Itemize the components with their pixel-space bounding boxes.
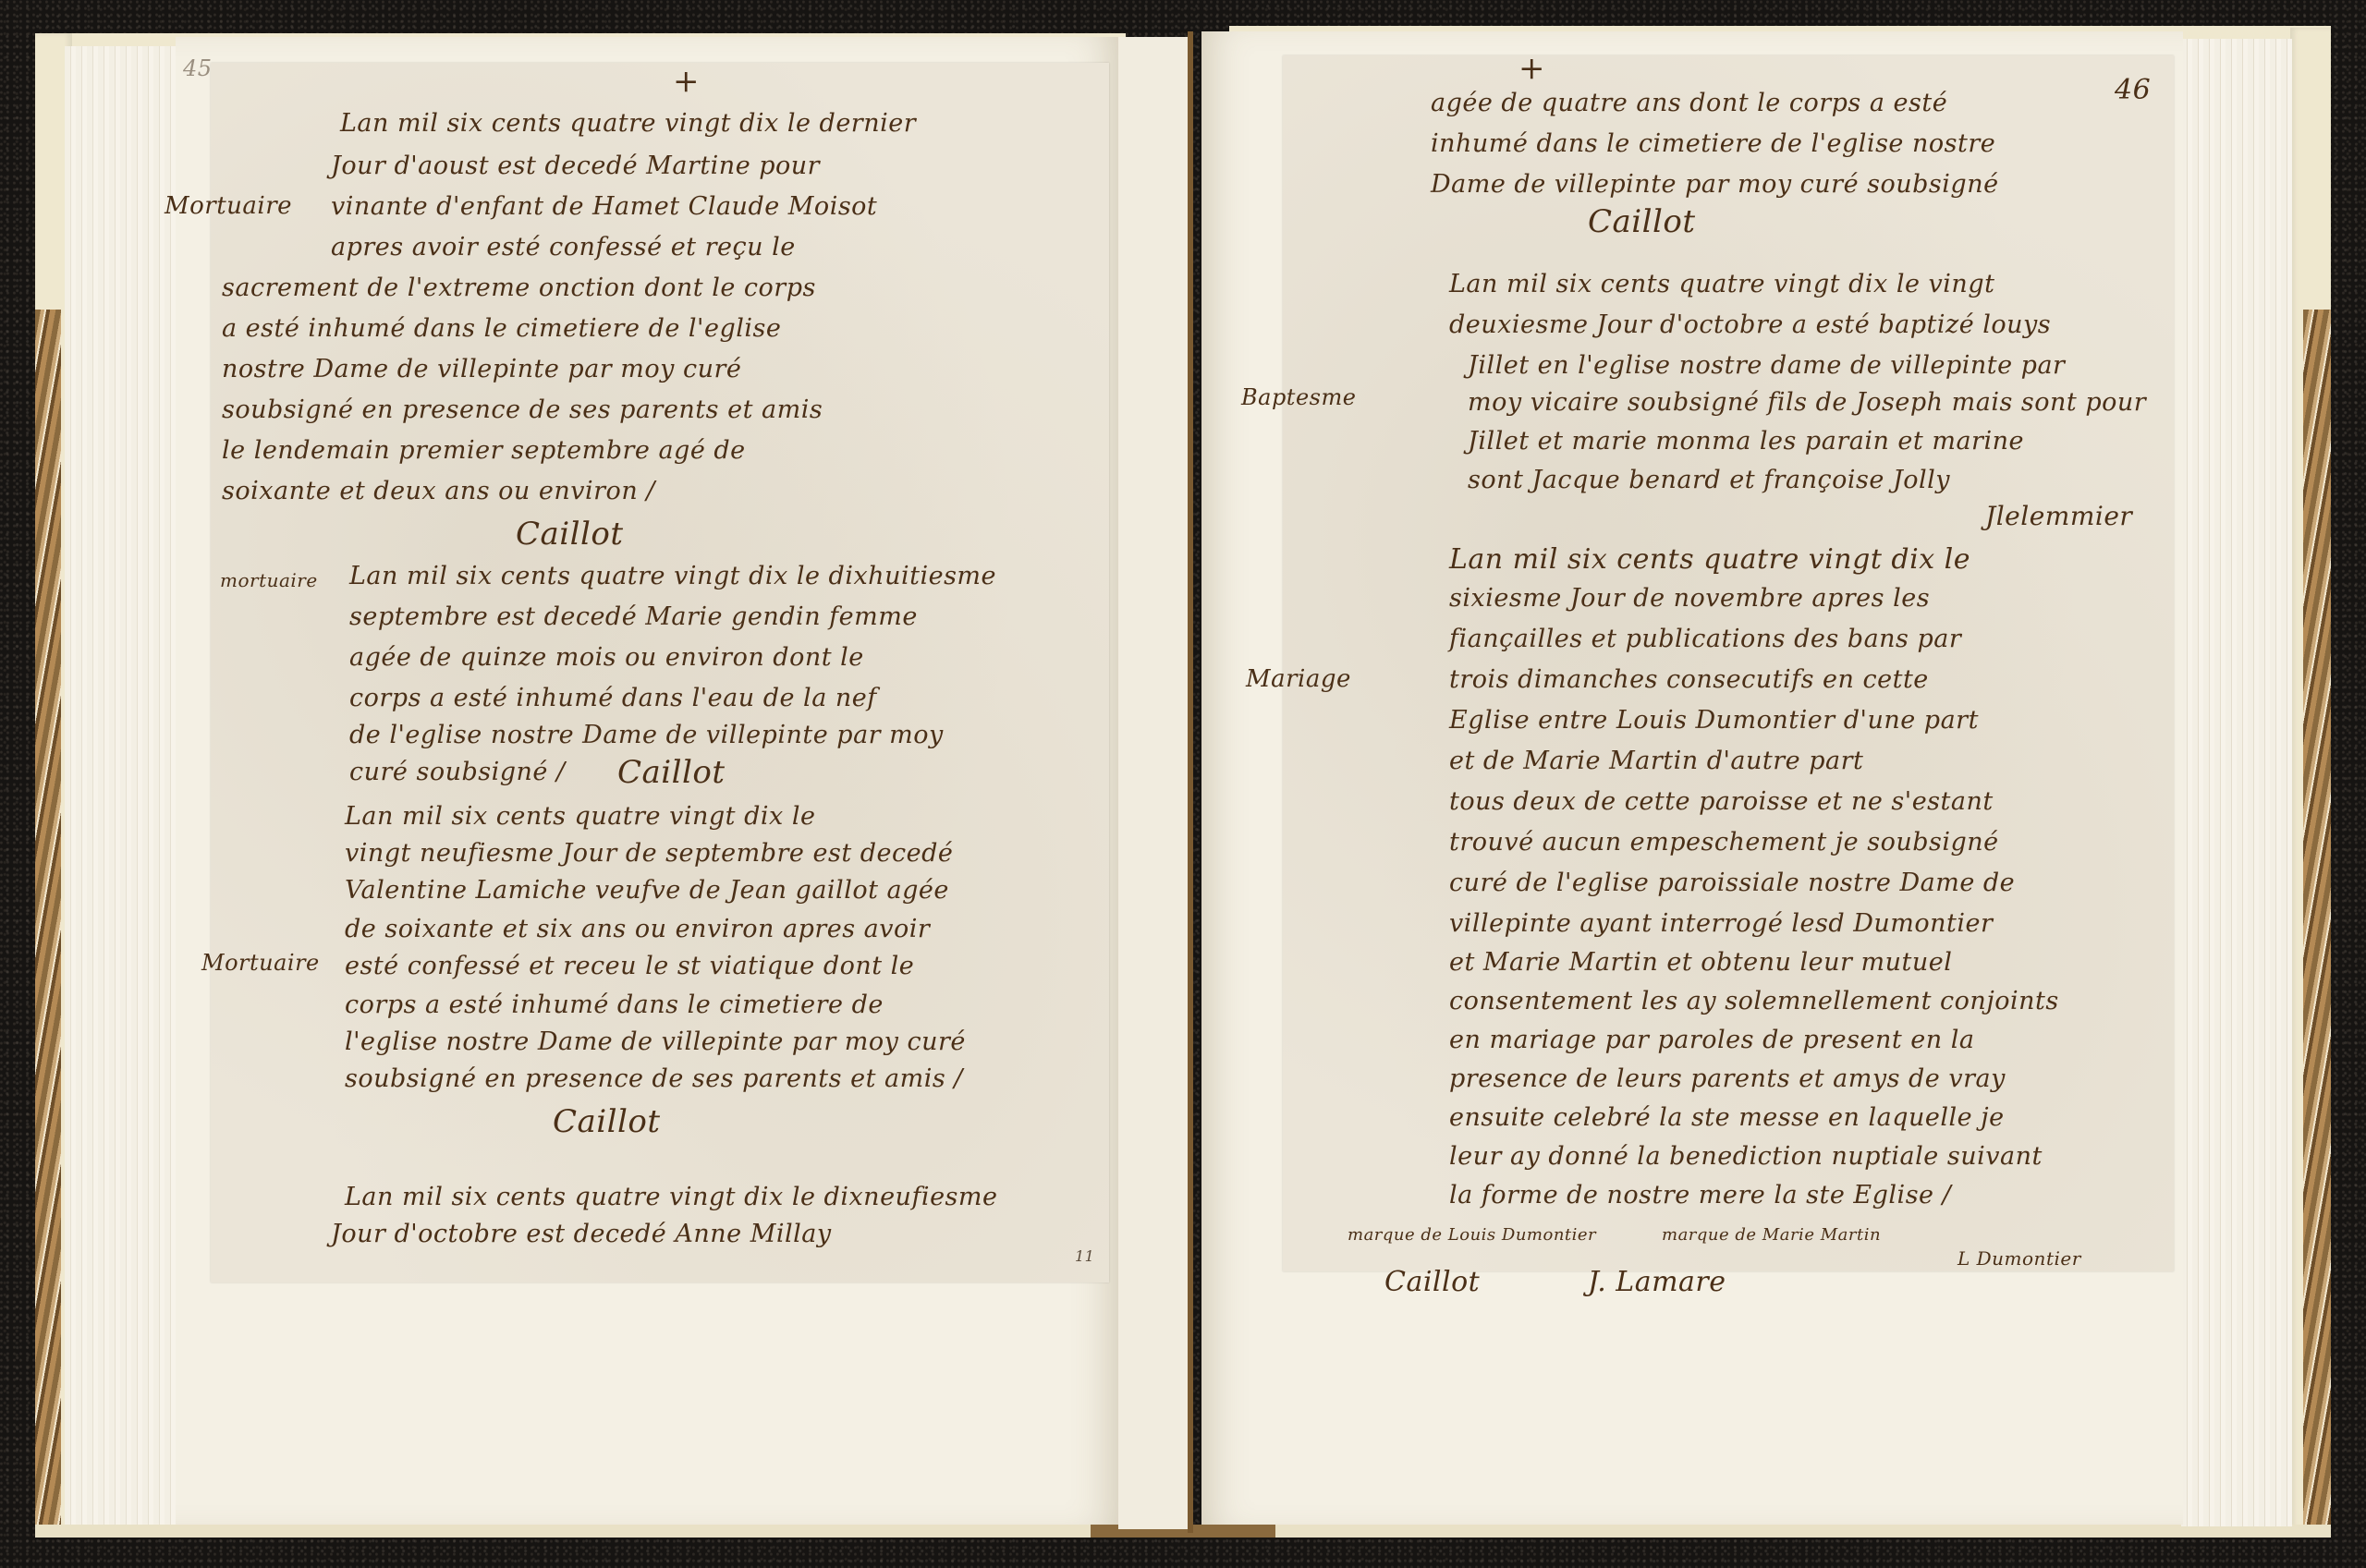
signature: L Dumontier	[1957, 1247, 2081, 1270]
entry-line: leur ay donné la benediction nuptiale su…	[1449, 1142, 2043, 1171]
entry-line: sacrement de l'extreme onction dont le c…	[222, 273, 816, 302]
entry-line: sixiesme Jour de novembre apres les	[1449, 584, 1930, 613]
entry-line: deuxiesme Jour d'octobre a esté baptizé …	[1449, 310, 2051, 339]
entry-line: sont Jacque benard et françoise Jolly	[1468, 466, 1950, 494]
entry-line: soixante et deux ans ou environ /	[222, 477, 655, 505]
entry-line: apres avoir esté confessé et reçu le	[331, 233, 796, 261]
cross-mark: +	[1518, 50, 1545, 87]
marbled-endpaper-left	[35, 310, 61, 1534]
entry-line: Lan mil six cents quatre vingt dix le	[1449, 543, 1970, 576]
margin-note: Mortuaire	[165, 192, 292, 220]
entry-line: Dame de villepinte par moy curé soubsign…	[1431, 170, 1999, 199]
signature-mark: marque de Marie Martin	[1662, 1225, 1881, 1245]
entry-line: esté confessé et receu le st viatique do…	[345, 952, 914, 980]
corner-page-mark: 45	[183, 55, 213, 81]
entry-line: vingt neufiesme Jour de septembre est de…	[345, 839, 953, 868]
left-page-inner-margin	[1118, 37, 1189, 1529]
book-gutter	[1188, 31, 1193, 1533]
signature: Caillot	[1588, 203, 1696, 240]
entry-line: tous deux de cette paroisse et ne s'esta…	[1449, 787, 1994, 816]
entry-line: Jillet en l'eglise nostre dame de villep…	[1468, 351, 2065, 380]
margin-note: mortuaire	[220, 569, 318, 591]
entry-line: Eglise entre Louis Dumontier d'une part	[1449, 706, 1979, 735]
entry-line: de soixante et six ans ou environ apres …	[345, 915, 930, 943]
manuscript-sheet-right: + 46 agée de quatre ans dont le corps a …	[1283, 55, 2174, 1271]
entry-line: a esté inhumé dans le cimetiere de l'egl…	[222, 314, 781, 343]
entry-line: Lan mil six cents quatre vingt dix le di…	[349, 562, 996, 590]
entry-line: consentement les ay solemnellement conjo…	[1449, 987, 2059, 1015]
entry-line: vinante d'enfant de Hamet Claude Moisot	[331, 192, 877, 221]
signature-mark: marque de Louis Dumontier	[1348, 1225, 1596, 1245]
entry-line: en mariage par paroles de present en la	[1449, 1026, 1974, 1054]
entry-line: nostre Dame de villepinte par moy curé	[222, 355, 741, 383]
manuscript-sheet-left: 45 + Lan mil six cents quatre vingt dix …	[211, 63, 1109, 1282]
entry-line: Lan mil six cents quatre vingt dix le	[345, 802, 815, 831]
footer-mark: 11	[1075, 1247, 1094, 1265]
folio-number: 46	[2115, 74, 2151, 106]
entry-line: Jour d'octobre est decedé Anne Millay	[331, 1220, 832, 1248]
entry-line: fiançailles et publications des bans par	[1449, 625, 1961, 653]
entry-line: corps a esté inhumé dans l'eau de la nef	[349, 684, 877, 712]
entry-line: Valentine Lamiche veufve de Jean gaillot…	[345, 876, 949, 905]
entry-line: Jour d'aoust est decedé Martine pour	[331, 152, 820, 180]
marbled-endpaper-right	[2303, 310, 2331, 1525]
entry-line: soubsigné en presence de ses parents et …	[222, 395, 823, 424]
page-stack-left	[65, 46, 176, 1525]
margin-note: Mariage	[1246, 665, 1351, 693]
cross-mark: +	[673, 63, 700, 100]
entry-line: septembre est decedé Marie gendin femme	[349, 602, 918, 631]
page-stack-right	[2181, 39, 2292, 1526]
signature: Caillot	[553, 1103, 661, 1140]
entry-line: Lan mil six cents quatre vingt dix le di…	[345, 1183, 998, 1211]
entry-line: Jillet et marie monma les parain et mari…	[1468, 427, 2024, 456]
signature: Caillot	[617, 754, 726, 791]
entry-line: trois dimanches consecutifs en cette	[1449, 665, 1929, 694]
entry-line: Lan mil six cents quatre vingt dix le vi…	[1449, 270, 1994, 298]
entry-line: corps a esté inhumé dans le cimetiere de	[345, 991, 884, 1019]
entry-line: le lendemain premier septembre agé de	[222, 436, 746, 465]
entry-line: ensuite celebré la ste messe en laquelle…	[1449, 1103, 2005, 1132]
entry-line: et Marie Martin et obtenu leur mutuel	[1449, 948, 1952, 977]
entry-line: agée de quatre ans dont le corps a esté	[1431, 89, 1947, 117]
entry-line: moy vicaire soubsigné fils de Joseph mai…	[1468, 388, 2146, 417]
entry-line: trouvé aucun empeschement je soubsigné	[1449, 828, 1999, 857]
margin-note: Baptesme	[1241, 384, 1356, 410]
signature: Jlelemmier	[1985, 501, 2132, 531]
signature: Caillot	[516, 516, 624, 553]
entry-line: presence de leurs parents et amys de vra…	[1449, 1064, 2006, 1093]
margin-note: Mortuaire	[201, 950, 320, 976]
entry-line: curé de l'eglise paroissiale nostre Dame…	[1449, 869, 2015, 897]
entry-line: agée de quinze mois ou environ dont le	[349, 643, 864, 672]
entry-line: Lan mil six cents quatre vingt dix le de…	[340, 109, 916, 138]
entry-line: villepinte ayant interrogé lesd Dumontie…	[1449, 909, 1993, 938]
signature: J. Lamare	[1588, 1266, 1726, 1298]
entry-line: inhumé dans le cimetiere de l'eglise nos…	[1431, 129, 1995, 158]
entry-line: l'eglise nostre Dame de villepinte par m…	[345, 1027, 966, 1056]
entry-line: de l'eglise nostre Dame de villepinte pa…	[349, 721, 944, 749]
entry-line: soubsigné en presence de ses parents et …	[345, 1064, 963, 1093]
entry-line: la forme de nostre mere la ste Eglise /	[1449, 1181, 1951, 1209]
entry-line: curé soubsigné /	[349, 758, 566, 786]
entry-line: et de Marie Martin d'autre part	[1449, 747, 1863, 775]
signature: Caillot	[1384, 1266, 1480, 1298]
